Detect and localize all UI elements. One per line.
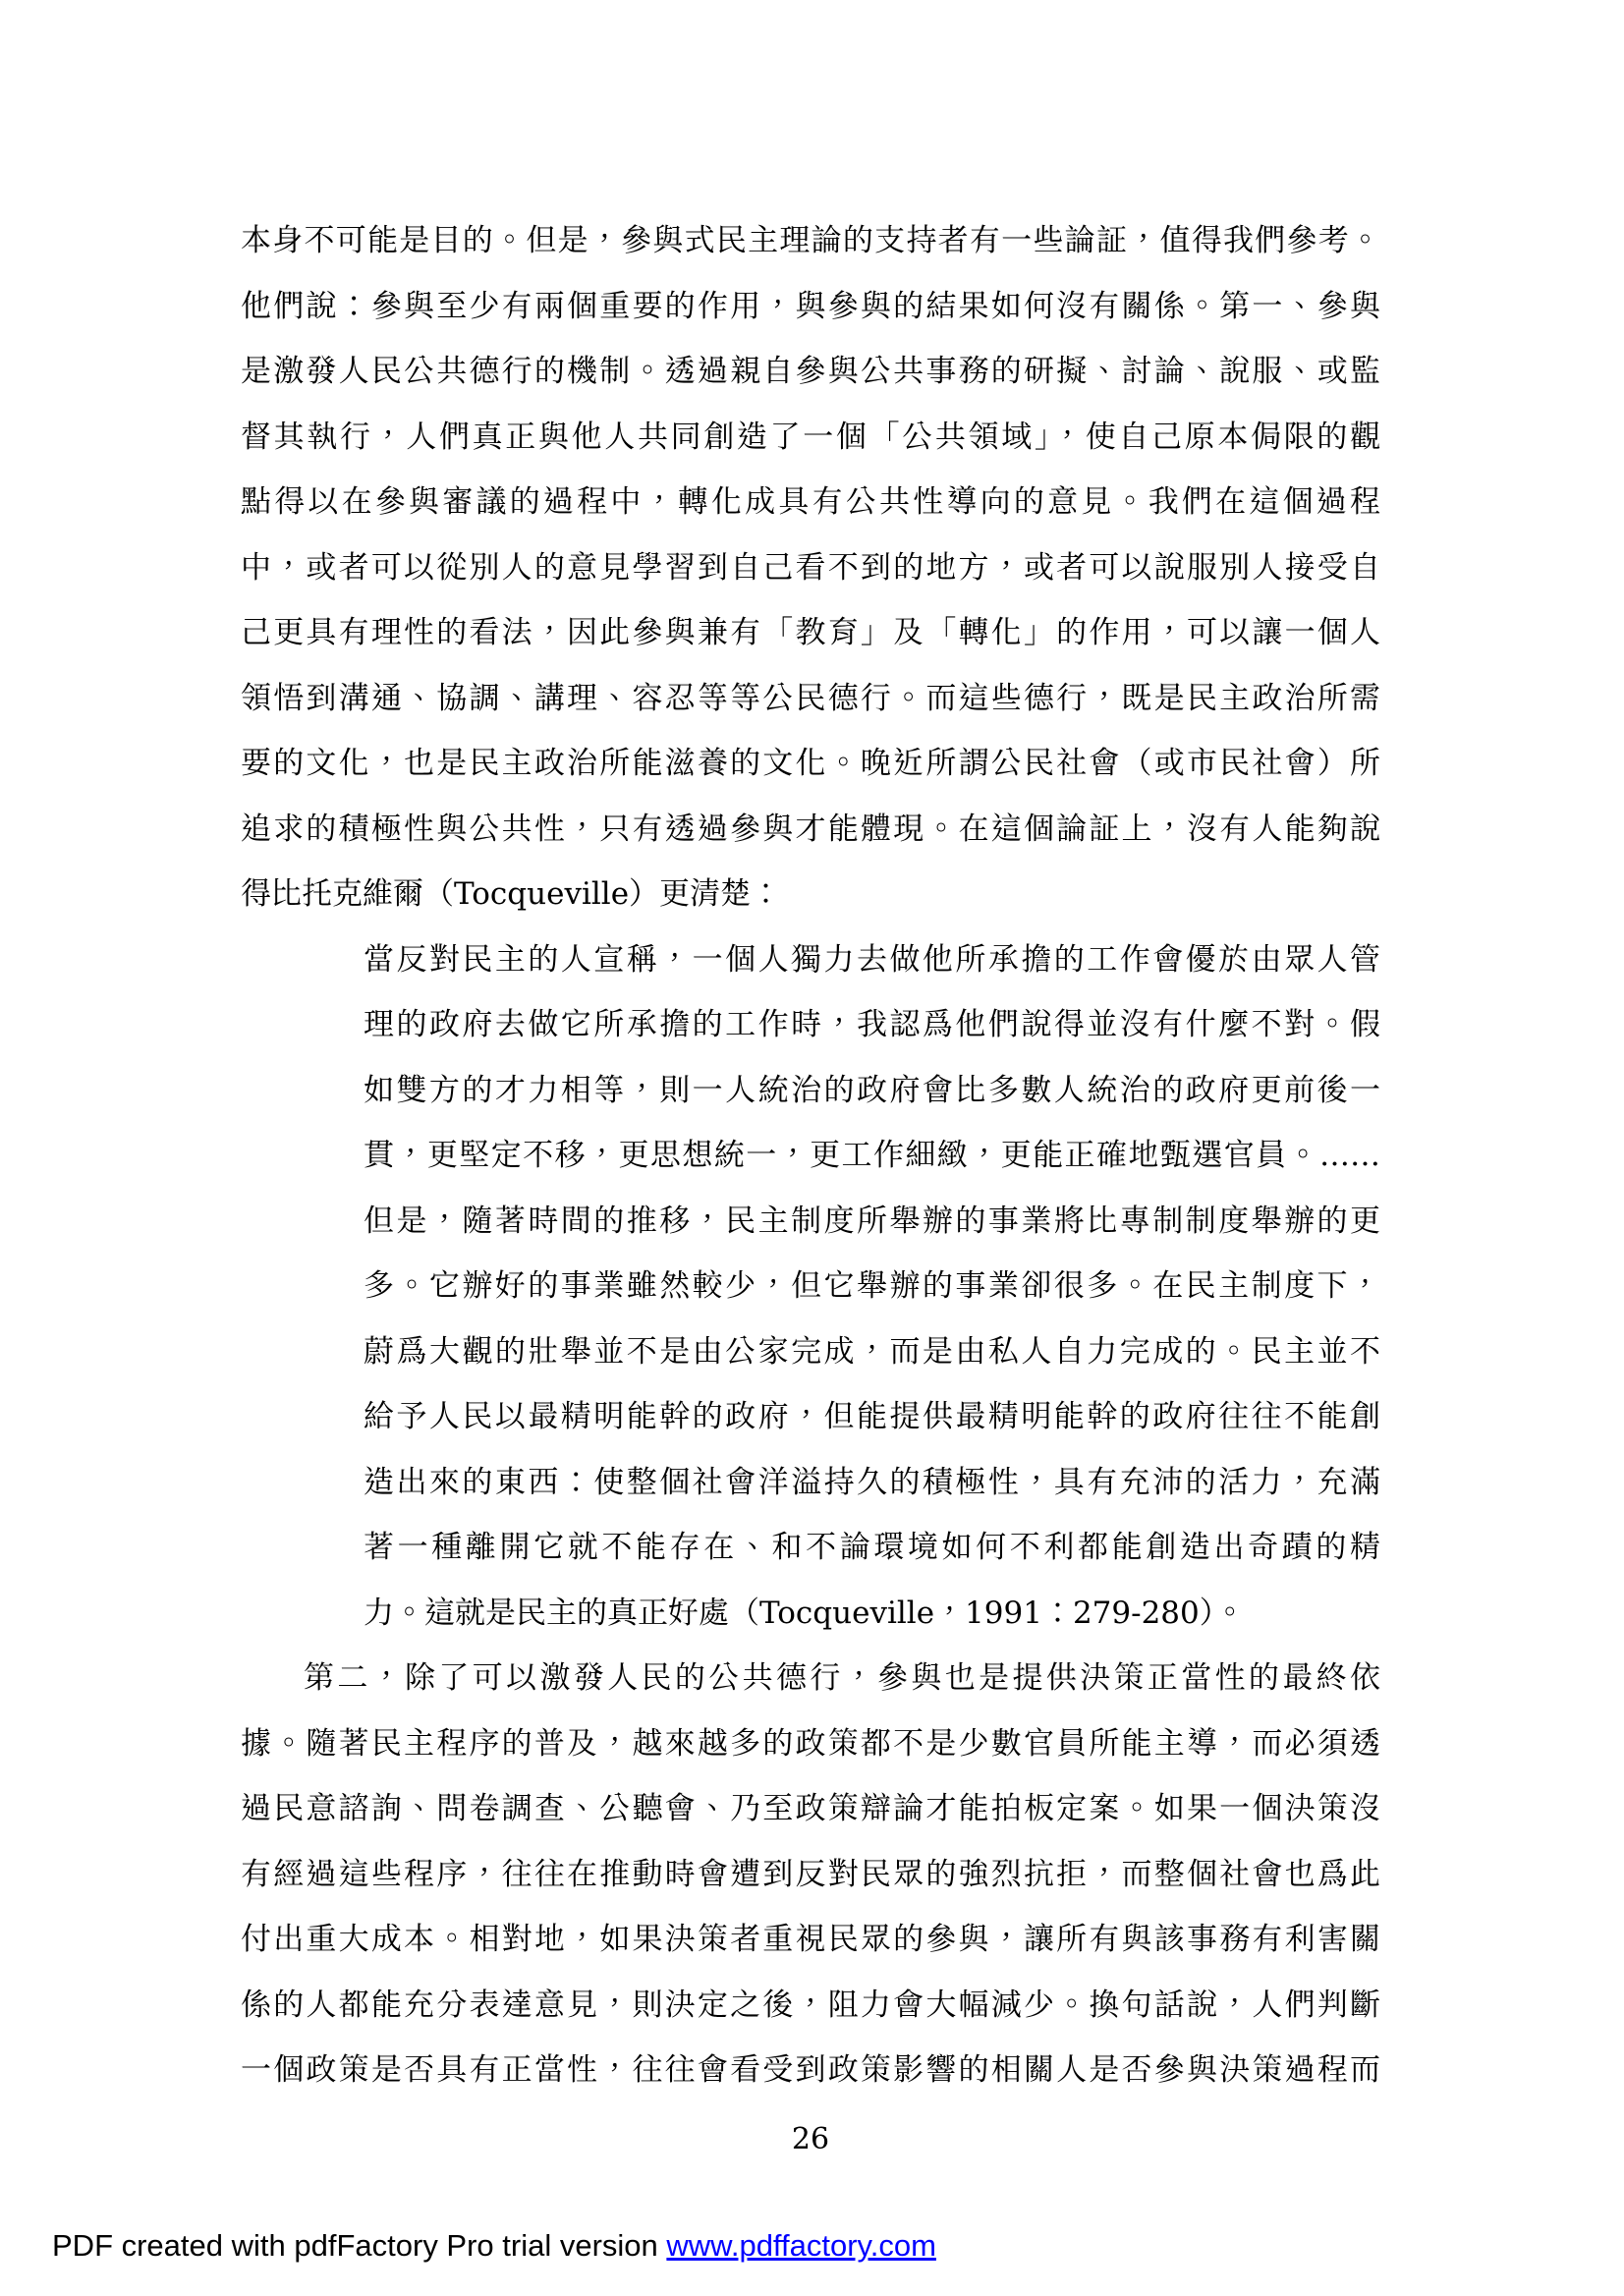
text-line: 本身不可能是目的。但是，參與式民主理論的支持者有一些論証，值得我們參考。: [241, 208, 1380, 274]
quote-line: 著一種離開它就不能存在、和不論環境如何不利都能創造出奇蹟的精: [364, 1515, 1380, 1581]
text-line: 他們說：參與至少有兩個重要的作用，與參與的結果如何沒有關係。第一、參與: [241, 274, 1380, 340]
quote-line: 但是，隨著時間的推移，民主制度所舉辦的事業將比專制制度舉辦的更: [364, 1189, 1380, 1255]
footer-text: PDF created with pdfFactory Pro trial ve…: [52, 2228, 666, 2263]
quote-line: 給予人民以最精明能幹的政府，但能提供最精明能幹的政府往往不能創: [364, 1384, 1380, 1450]
document-page: 本身不可能是目的。但是，參與式民主理論的支持者有一些論証，值得我們參考。他們說：…: [0, 0, 1624, 2296]
text-line: 過民意諮詢、問卷調查、公聽會、乃至政策辯論才能拍板定案。如果一個決策沒: [241, 1776, 1380, 1842]
pdf-footer: PDF created with pdfFactory Pro trial ve…: [52, 2228, 936, 2264]
text-line: 追求的積極性與公共性，只有透過參與才能體現。在這個論証上，沒有人能夠說: [241, 797, 1380, 863]
text-line: 據。隨著民主程序的普及，越來越多的政策都不是少數官員所能主導，而必須透: [241, 1711, 1380, 1777]
quote-line: 力。這就是民主的真正好處（Tocqueville，1991：279-280）。: [364, 1581, 1380, 1647]
text-line: 己更具有理性的看法，因此參與兼有「教育」及「轉化」的作用，可以讓一個人: [241, 600, 1380, 666]
text-line: 一個政策是否具有正當性，往往會看受到政策影響的相關人是否參與決策過程而: [241, 2038, 1380, 2103]
text-line: 係的人都能充分表達意見，則決定之後，阻力會大幅減少。換句話說，人們判斷: [241, 1973, 1380, 2039]
body-text: 本身不可能是目的。但是，參與式民主理論的支持者有一些論証，值得我們參考。他們說：…: [241, 208, 1380, 2103]
page-number: 26: [241, 2122, 1380, 2156]
quote-line: 造出來的東西：使整個社會洋溢持久的積極性，具有充沛的活力，充滿: [364, 1450, 1380, 1516]
text-line: 第二，除了可以激發人民的公共德行，參與也是提供決策正當性的最終依: [241, 1646, 1380, 1711]
quote-line: 蔚爲大觀的壯舉並不是由公家完成，而是由私人自力完成的。民主並不: [364, 1319, 1380, 1385]
quote-line: 多。它辦好的事業雖然較少，但它舉辦的事業卻很多。在民主制度下，: [364, 1254, 1380, 1319]
quote-line: 理的政府去做它所承擔的工作時，我認爲他們說得並沒有什麼不對。假: [364, 992, 1380, 1058]
text-line: 得比托克維爾（Tocqueville）更清楚：: [241, 862, 1380, 927]
text-line: 要的文化，也是民主政治所能滋養的文化。晚近所謂公民社會（或市民社會）所: [241, 731, 1380, 797]
text-line: 有經過這些程序，往往在推動時會遭到反對民眾的強烈抗拒，而整個社會也爲此: [241, 1842, 1380, 1908]
quote-line: 貫，更堅定不移，更思想統一，更工作細緻，更能正確地甄選官員。……: [364, 1123, 1380, 1189]
quote-line: 當反對民主的人宣稱，一個人獨力去做他所承擔的工作會優於由眾人管: [364, 927, 1380, 993]
text-line: 是激發人民公共德行的機制。透過親自參與公共事務的研擬、討論、說服、或監: [241, 339, 1380, 405]
text-line: 領悟到溝通、協調、講理、容忍等等公民德行。而這些德行，既是民主政治所需: [241, 666, 1380, 732]
text-line: 中，或者可以從別人的意見學習到自己看不到的地方，或者可以說服別人接受自: [241, 535, 1380, 601]
text-line: 點得以在參與審議的過程中，轉化成具有公共性導向的意見。我們在這個過程: [241, 470, 1380, 535]
text-line: 付出重大成本。相對地，如果決策者重視民眾的參與，讓所有與該事務有利害關: [241, 1907, 1380, 1973]
footer-link[interactable]: www.pdffactory.com: [666, 2228, 936, 2263]
text-line: 督其執行，人們真正與他人共同創造了一個「公共領域」，使自己原本侷限的觀: [241, 405, 1380, 471]
quote-line: 如雙方的才力相等，則一人統治的政府會比多數人統治的政府更前後一: [364, 1058, 1380, 1124]
